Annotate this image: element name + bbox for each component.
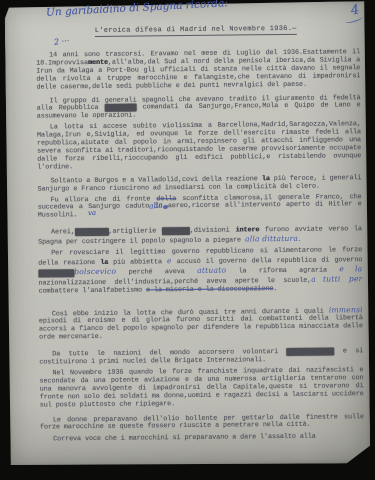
typed-text-segment: antifascisti bbox=[287, 348, 335, 356]
typed-text-segment: Nel Novembre 1936 quando le forze franch… bbox=[39, 366, 363, 409]
document-paper: L'eroica difesa di Madrid nel Novembre 1… bbox=[5, 1, 371, 467]
typed-text-segment: ,artiglierie bbox=[108, 227, 162, 236]
typewritten-paragraph: La lotta si accese subito violissima a B… bbox=[37, 121, 361, 172]
document-title: L'eroica difesa di Madrid nel Novembre 1… bbox=[95, 25, 297, 37]
photo-background: L'eroica difesa di Madrid nel Novembre 1… bbox=[0, 0, 375, 480]
typed-text-segment: più abbietta bbox=[108, 258, 167, 267]
typed-text-segment: accusò il governo della repubblica di go… bbox=[172, 256, 363, 266]
typewritten-paragraph: Da tutte le nazioni del mondo accorsero … bbox=[39, 348, 363, 367]
typewritten-paragraph: 14 anni sono trascorsi. Eravamo nel mese… bbox=[36, 49, 360, 92]
document-body: 14 anni sono trascorsi. Eravamo nel mese… bbox=[36, 49, 364, 445]
handwritten-inline-correction: a tutti bbox=[311, 274, 340, 283]
typewritten-paragraph: Nel Novembre 1936 quando le forze franch… bbox=[39, 367, 363, 410]
handwritten-inline-correction: per bbox=[349, 274, 363, 283]
typed-text-segment: in massa bbox=[75, 228, 109, 236]
typed-text-segment: la bbox=[100, 259, 108, 267]
typed-text-segment: pesanti bbox=[162, 227, 190, 235]
typewritten-paragraph: Fu allora che di fronte della sconfitta … bbox=[38, 194, 362, 221]
typed-text-segment: Le donne preparavano dell'olio bollente … bbox=[40, 413, 364, 432]
typed-text-segment: sovietico bbox=[38, 269, 74, 277]
typed-text-segment: perché aveva bbox=[116, 268, 197, 277]
typewritten-paragraph: Correva voce che i marocchini si prepara… bbox=[40, 434, 364, 445]
typed-text-segment: e la miseria e la disoccupazione bbox=[146, 285, 273, 294]
typed-text-segment: episodi di eroismo e di gloria furono sc… bbox=[39, 315, 363, 342]
typed-text-segment: Aerei, bbox=[51, 228, 75, 236]
handwritten-inline-correction: alla dittatura. bbox=[245, 234, 301, 244]
typed-text-segment: combattere l'analfabetismo bbox=[39, 286, 147, 295]
typewritten-paragraph: Le donne preparavano dell'olio bollente … bbox=[40, 414, 364, 433]
typewritten-paragraph: Il gruppo di generali spagnoli che aveva… bbox=[37, 95, 361, 122]
typewritten-paragraph: Soltanto a Burgos e a Valladolid,covi de… bbox=[37, 175, 361, 194]
typewritten-paragraph: Aerei,in massa,artiglierie pesanti,divis… bbox=[38, 226, 362, 247]
handwritten-inline-correction: immensi bbox=[329, 305, 363, 314]
typewritten-paragraph: Per rovesciare il legittimo governo repu… bbox=[38, 247, 362, 296]
typed-text-segment: . bbox=[273, 285, 277, 293]
handwritten-inline-correction: bolscevico bbox=[74, 267, 116, 276]
handwritten-inline-correction: e la bbox=[339, 264, 362, 273]
handwritten-inline-correction: attuato bbox=[197, 265, 226, 274]
typed-text-segment: Correva voce che i marocchini si prepara… bbox=[53, 433, 316, 444]
typewritten-paragraph: Così ebbe inizio la lotta che durò quasi… bbox=[39, 306, 363, 343]
typed-text-segment: La lotta si accese subito violissima a B… bbox=[37, 120, 361, 171]
typed-text-segment: ,divisioni bbox=[190, 227, 236, 235]
